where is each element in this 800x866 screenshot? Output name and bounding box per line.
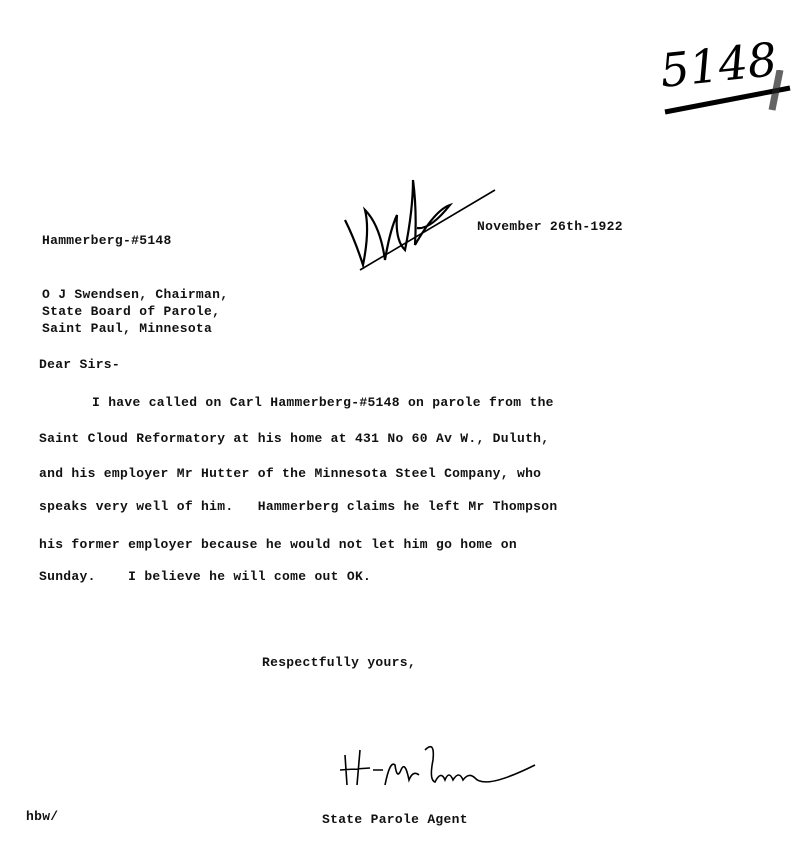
body-line: I have called on Carl Hammerberg-#5148 o… bbox=[92, 396, 554, 410]
recipient-line-2: State Board of Parole, bbox=[42, 305, 220, 319]
closing: Respectfully yours, bbox=[262, 656, 416, 670]
recipient-line-3: Saint Paul, Minnesota bbox=[42, 322, 212, 336]
body-line: and his employer Mr Hutter of the Minnes… bbox=[39, 467, 541, 481]
body-line: Saint Cloud Reformatory at his home at 4… bbox=[39, 432, 549, 446]
handwritten-signature bbox=[335, 740, 545, 800]
signer-title: State Parole Agent bbox=[322, 813, 468, 827]
body-line: his former employer because he would not… bbox=[39, 538, 517, 552]
body-line: speaks very well of him. Hammerberg clai… bbox=[39, 500, 557, 514]
body-line: Sunday. I believe he will come out OK. bbox=[39, 570, 371, 584]
letter-date: November 26th-1922 bbox=[477, 220, 623, 234]
reference-line: Hammerberg-#5148 bbox=[42, 234, 172, 248]
file-number-underline bbox=[660, 70, 800, 120]
salutation: Dear Sirs- bbox=[39, 358, 120, 372]
typist-initials: hbw/ bbox=[26, 810, 58, 824]
recipient-line-1: O J Swendsen, Chairman, bbox=[42, 288, 228, 302]
